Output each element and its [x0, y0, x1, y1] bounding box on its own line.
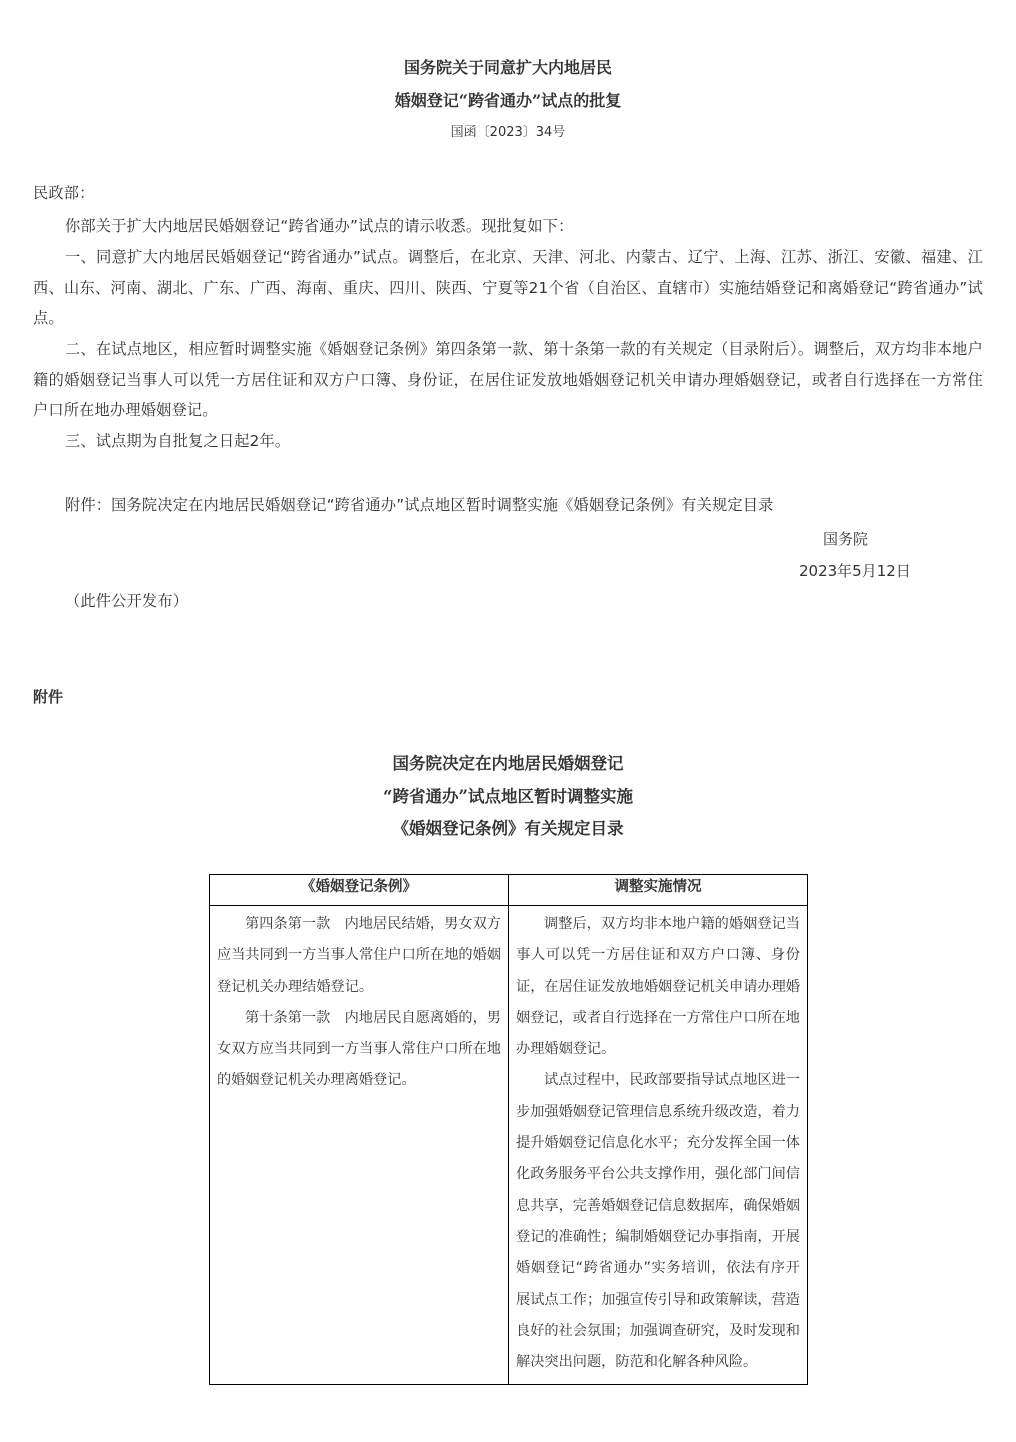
table-row: 第四条第一款 内地居民结婚，男女双方应当共同到一方当事人常住户口所在地的婚姻登记…	[210, 906, 808, 1385]
document-number: 国函〔2023〕34号	[0, 121, 1016, 140]
paragraph-item-2: 二、在试点地区，相应暂时调整实施《婚姻登记条例》第四条第一款、第十条第一款的有关…	[33, 334, 983, 426]
signatory: 国务院	[823, 528, 868, 549]
adjustment-paragraph-1: 调整后，双方均非本地户籍的婚姻登记当事人可以凭一方居住证和双方户口簿、身份证，在…	[516, 909, 800, 1065]
paragraph-item-3: 三、试点期为自批复之日起2年。	[33, 426, 983, 457]
attachment-note: 附件：国务院决定在内地居民婚姻登记“跨省通办”试点地区暂时调整实施《婚姻登记条例…	[33, 490, 983, 521]
adjustment-paragraph-2: 试点过程中，民政部要指导试点地区进一步加强婚姻登记管理信息系统升级改造，着力提升…	[516, 1065, 800, 1378]
annex-title-line-2: “跨省通办”试点地区暂时调整实施	[0, 783, 1016, 807]
annex-title-line-3: 《婚姻登记条例》有关规定目录	[0, 815, 1016, 839]
paragraph-intro: 你部关于扩大内地居民婚姻登记“跨省通办”试点的请示收悉。现批复如下：	[33, 211, 983, 242]
regulation-article-10: 第十条第一款 内地居民自愿离婚的，男女双方应当共同到一方当事人常住户口所在地的婚…	[217, 1003, 501, 1097]
document-title-line-1: 国务院关于同意扩大内地居民	[0, 55, 1016, 78]
regulation-article-4: 第四条第一款 内地居民结婚，男女双方应当共同到一方当事人常住户口所在地的婚姻登记…	[217, 909, 501, 1003]
paragraph-item-1: 一、同意扩大内地居民婚姻登记“跨省通办”试点。调整后，在北京、天津、河北、内蒙古…	[33, 242, 983, 334]
regulation-adjustment-table: 《婚姻登记条例》 调整实施情况 第四条第一款 内地居民结婚，男女双方应当共同到一…	[209, 874, 808, 1385]
document-title-line-2: 婚姻登记“跨省通办”试点的批复	[0, 88, 1016, 111]
issue-date: 2023年5月12日	[799, 560, 911, 581]
annex-title-line-1: 国务院决定在内地居民婚姻登记	[0, 750, 1016, 774]
adjustment-cell: 调整后，双方均非本地户籍的婚姻登记当事人可以凭一方居住证和双方户口簿、身份证，在…	[509, 906, 808, 1385]
regulation-cell: 第四条第一款 内地居民结婚，男女双方应当共同到一方当事人常住户口所在地的婚姻登记…	[210, 906, 509, 1385]
addressee: 民政部：	[33, 178, 983, 209]
table-header-row: 《婚姻登记条例》 调整实施情况	[210, 875, 808, 906]
annex-label: 附件	[33, 686, 63, 707]
table-header-adjustment: 调整实施情况	[509, 875, 808, 906]
publication-note: （此件公开发布）	[33, 586, 983, 617]
table-header-regulation: 《婚姻登记条例》	[210, 875, 509, 906]
